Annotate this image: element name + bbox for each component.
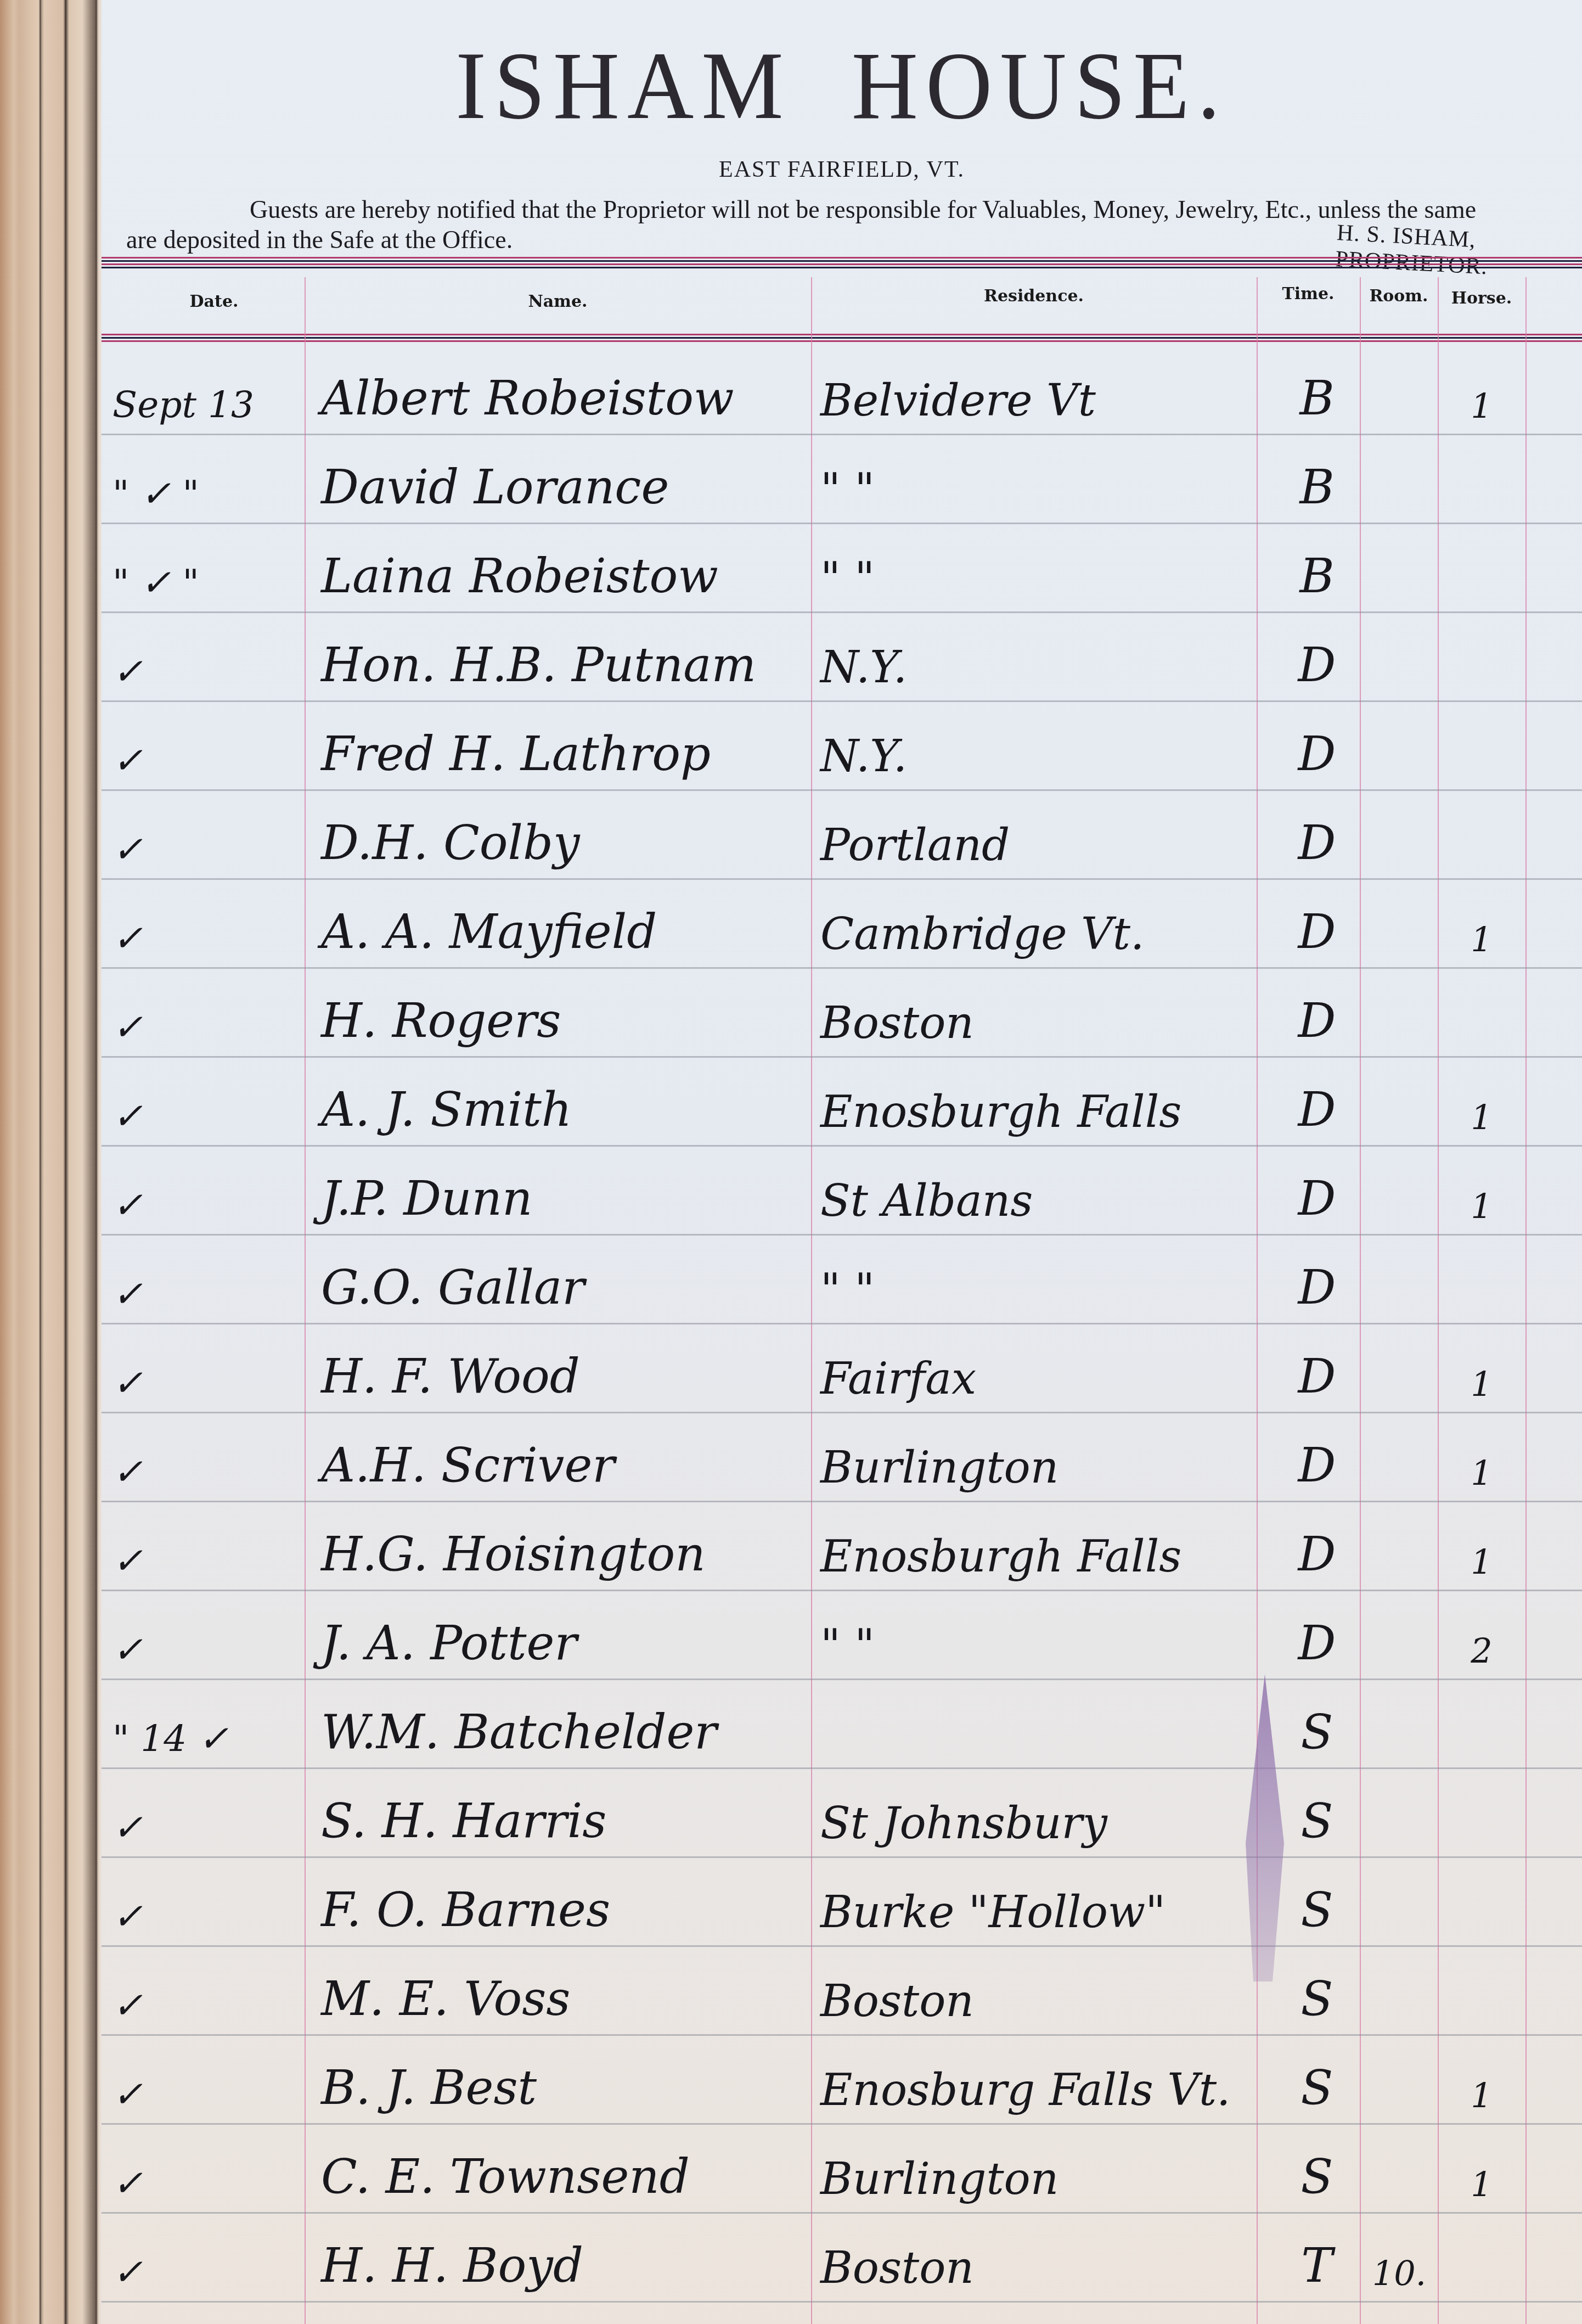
entry-residence: Enosburgh Falls (820, 1531, 1181, 1582)
entry-time: D (1276, 816, 1358, 871)
entry-date: ✓ (112, 2073, 294, 2115)
ruled-line (102, 878, 1582, 880)
entry-name: S. H. Harris (321, 1794, 606, 1849)
entry-name: J.P. Dunn (321, 1171, 532, 1226)
entry-name: D.H. Colby (321, 816, 580, 871)
entry-residence: Cambridge Vt. (820, 908, 1144, 959)
entry-residence: " " (820, 553, 875, 604)
entry-horse: 1 (1440, 1542, 1523, 1582)
ruled-line (102, 1945, 1582, 1947)
entry-horse: 1 (1440, 1453, 1523, 1493)
register-page: ISHAMHOUSE. EAST FAIRFIELD, VT. Guests a… (102, 0, 1582, 2324)
entry-time: B (1276, 460, 1358, 515)
entry-time: S (1276, 2061, 1358, 2115)
entry-name: Fred H. Lathrop (321, 727, 711, 782)
entry-residence: Burke "Hollow" (820, 1887, 1166, 1938)
entry-horse: 1 (1440, 1364, 1523, 1404)
entry-residence: " " (820, 464, 875, 515)
page-title: ISHAMHOUSE. (102, 30, 1582, 142)
ruled-line (102, 967, 1582, 969)
entry-residence: Burlington (820, 2153, 1059, 2204)
entry-residence: N.Y. (820, 642, 907, 693)
ruled-line (102, 1412, 1582, 1413)
entry-date: " ✓ " (112, 562, 294, 604)
notice-line-2: are deposited in the Safe at the Office. (126, 225, 513, 254)
header-rule-top (102, 257, 1582, 271)
entry-time: S (1276, 1794, 1358, 1849)
entry-horse: 1 (1440, 2075, 1523, 2115)
entry-time: D (1276, 1438, 1358, 1493)
column-header-time: Time. (1257, 284, 1360, 304)
entry-date: ✓ (112, 1895, 294, 1938)
entry-name: A. A. Mayfield (321, 905, 657, 959)
register-entry: ✓J. A. Potter" "D2 (102, 1613, 1582, 1679)
ruled-line (102, 1234, 1582, 1236)
entry-date: ✓ (112, 2251, 294, 2293)
entry-date: ✓ (112, 917, 294, 959)
entry-time: B (1276, 549, 1358, 604)
entry-name: J. A. Potter (321, 1616, 577, 1671)
notice-line-1: Guests are hereby notified that the Prop… (250, 195, 1578, 224)
register-entry: ✓H.G. HoisingtonEnosburgh FallsD1 (102, 1524, 1582, 1590)
entry-residence: N.Y. (820, 731, 907, 782)
book-spine-edges (0, 0, 102, 2324)
entry-date: Sept 13 (112, 384, 294, 426)
entry-date: ✓ (112, 1362, 294, 1404)
register-entry: ✓H. F. WoodFairfaxD1 (102, 1346, 1582, 1412)
entry-residence: Burlington (820, 1442, 1059, 1493)
register-entry: ✓D.H. ColbyPortlandD (102, 812, 1582, 878)
entry-residence: Enosburg Falls Vt. (820, 2064, 1231, 2115)
register-entry: Sept 13Albert RobeistowBelvidere VtB1 (102, 368, 1582, 434)
entry-name: H. H. Boyd (321, 2238, 583, 2293)
entry-date: ✓ (112, 1806, 294, 1849)
entry-time: S (1276, 1705, 1358, 1760)
ruled-line (102, 2212, 1582, 2214)
entry-horse: 1 (1440, 386, 1523, 426)
entry-time: S (1276, 2149, 1358, 2204)
register-entry: ✓M. E. VossBostonS (102, 1968, 1582, 2034)
register-entry: ✓G.O. Gallar" "D (102, 1257, 1582, 1323)
register-entry: ✓A. J. SmithEnosburgh FallsD1 (102, 1079, 1582, 1145)
register-entry: ✓B. J. BestEnosburg Falls Vt.S1 (102, 2057, 1582, 2123)
entry-date: ✓ (112, 2162, 294, 2204)
entry-date: ✓ (112, 1540, 294, 1582)
entry-date: ✓ (112, 1629, 294, 1671)
ruled-line (102, 1767, 1582, 1769)
entry-date: " ✓ " (112, 473, 294, 515)
ruled-line (102, 1323, 1582, 1324)
entry-date: ✓ (112, 1451, 294, 1493)
entry-date: ✓ (112, 1984, 294, 2027)
column-header-residence: Residence. (811, 287, 1257, 306)
entry-date: ✓ (112, 650, 294, 693)
entry-time: D (1276, 1260, 1358, 1315)
ruled-line (102, 434, 1582, 435)
entry-name: M. E. Voss (321, 1972, 570, 2027)
column-header-room: Room. (1360, 287, 1438, 306)
ruled-line (102, 2301, 1582, 2303)
register-entry: " ✓ "Laina Robeistow" "B (102, 546, 1582, 611)
entry-time: D (1276, 1527, 1358, 1582)
register-entry: ✓H. RogersBostonD (102, 990, 1582, 1056)
entry-date: ✓ (112, 828, 294, 871)
entry-name: B. J. Best (321, 2061, 537, 2115)
column-header-date: Date. (123, 292, 305, 311)
ruled-line (102, 789, 1582, 791)
entry-date: ✓ (112, 1273, 294, 1315)
register-entry: ✓A.H. ScriverBurlingtonD1 (102, 1435, 1582, 1501)
entry-residence: Boston (820, 2242, 974, 2293)
entry-time: S (1276, 1972, 1358, 2027)
entry-name: H. F. Wood (321, 1349, 580, 1404)
entry-name: W.M. Batchelder (321, 1705, 717, 1760)
entry-date: ✓ (112, 739, 294, 782)
entry-name: A.H. Scriver (321, 1438, 615, 1493)
entry-time: D (1276, 727, 1358, 782)
entry-residence: " " (820, 1264, 875, 1315)
entry-name: F. O. Barnes (321, 1883, 610, 1938)
entry-horse: 1 (1440, 1186, 1523, 1226)
register-entry: ✓A. A. MayfieldCambridge Vt.D1 (102, 901, 1582, 967)
entry-residence: " " (820, 1620, 875, 1671)
entry-time: D (1276, 1171, 1358, 1226)
ruled-line (102, 523, 1582, 524)
ruled-line (102, 1501, 1582, 1502)
entry-horse: 1 (1440, 1097, 1523, 1137)
entry-residence: Enosburgh Falls (820, 1086, 1181, 1137)
entry-time: D (1276, 993, 1358, 1048)
ruled-line (102, 2123, 1582, 2125)
register-entry: " ✓ "David Lorance" "B (102, 457, 1582, 523)
register-entry: ✓C. E. TownsendBurlingtonS1 (102, 2146, 1582, 2212)
entry-time: B (1276, 371, 1358, 426)
ruled-line (102, 1590, 1582, 1591)
entry-time: D (1276, 1616, 1358, 1671)
entry-residence: Portland (820, 819, 1010, 871)
entry-residence: Boston (820, 997, 974, 1048)
entry-residence: Belvidere Vt (820, 375, 1096, 426)
entry-date: ✓ (112, 1006, 294, 1048)
entry-name: H.G. Hoisington (321, 1527, 706, 1582)
location-subtitle: EAST FAIRFIELD, VT. (102, 156, 1582, 183)
entry-horse: 1 (1440, 2164, 1523, 2204)
entry-date: ✓ (112, 1095, 294, 1137)
entry-time: S (1276, 1883, 1358, 1938)
ruled-line (102, 1145, 1582, 1147)
entry-horse: 2 (1440, 1631, 1523, 1671)
entry-name: H. Rogers (321, 993, 561, 1048)
entry-residence: St Albans (820, 1175, 1033, 1226)
entry-room: 10. (1364, 2253, 1435, 2293)
ruled-line (102, 611, 1582, 613)
entry-horse: 1 (1440, 919, 1523, 959)
register-entry: ✓F. O. BarnesBurke "Hollow"S (102, 1879, 1582, 1945)
register-entry: ✓Fred H. LathropN.Y.D (102, 723, 1582, 789)
entry-time: D (1276, 905, 1358, 959)
entry-residence: Fairfax (820, 1353, 976, 1404)
ruled-line (102, 1056, 1582, 1058)
register-entry: " 14 ✓W.M. BatchelderS (102, 1702, 1582, 1767)
entry-name: David Lorance (321, 460, 669, 515)
entry-name: G.O. Gallar (321, 1260, 584, 1315)
entry-date: " 14 ✓ (112, 1717, 294, 1760)
entry-name: A. J. Smith (321, 1082, 572, 1137)
register-entry: ✓J.P. DunnSt AlbansD1 (102, 1168, 1582, 1234)
column-header-horse: Horse. (1438, 289, 1525, 308)
ruled-line (102, 2034, 1582, 2036)
entry-residence: St Johnsbury (820, 1798, 1107, 1849)
column-header-name: Name. (305, 292, 811, 311)
entry-name: Hon. H.B. Putnam (321, 638, 756, 693)
ruled-line (102, 1856, 1582, 1858)
entry-time: D (1276, 1082, 1358, 1137)
entry-time: D (1276, 1349, 1358, 1404)
ruled-line (102, 1679, 1582, 1680)
entry-residence: Boston (820, 1975, 974, 2027)
entry-name: C. E. Townsend (321, 2149, 690, 2204)
entry-name: Laina Robeistow (321, 549, 718, 604)
register-entry: ✓H. H. BoydBostonT10. (102, 2235, 1582, 2301)
register-entry: ✓S. H. HarrisSt JohnsburyS (102, 1790, 1582, 1856)
ruled-line (102, 700, 1582, 702)
register-entry: ✓Hon. H.B. PutnamN.Y.D (102, 635, 1582, 700)
entry-time: D (1276, 638, 1358, 693)
entry-time: T (1276, 2238, 1358, 2293)
entry-name: Albert Robeistow (321, 371, 734, 426)
entry-date: ✓ (112, 1184, 294, 1226)
